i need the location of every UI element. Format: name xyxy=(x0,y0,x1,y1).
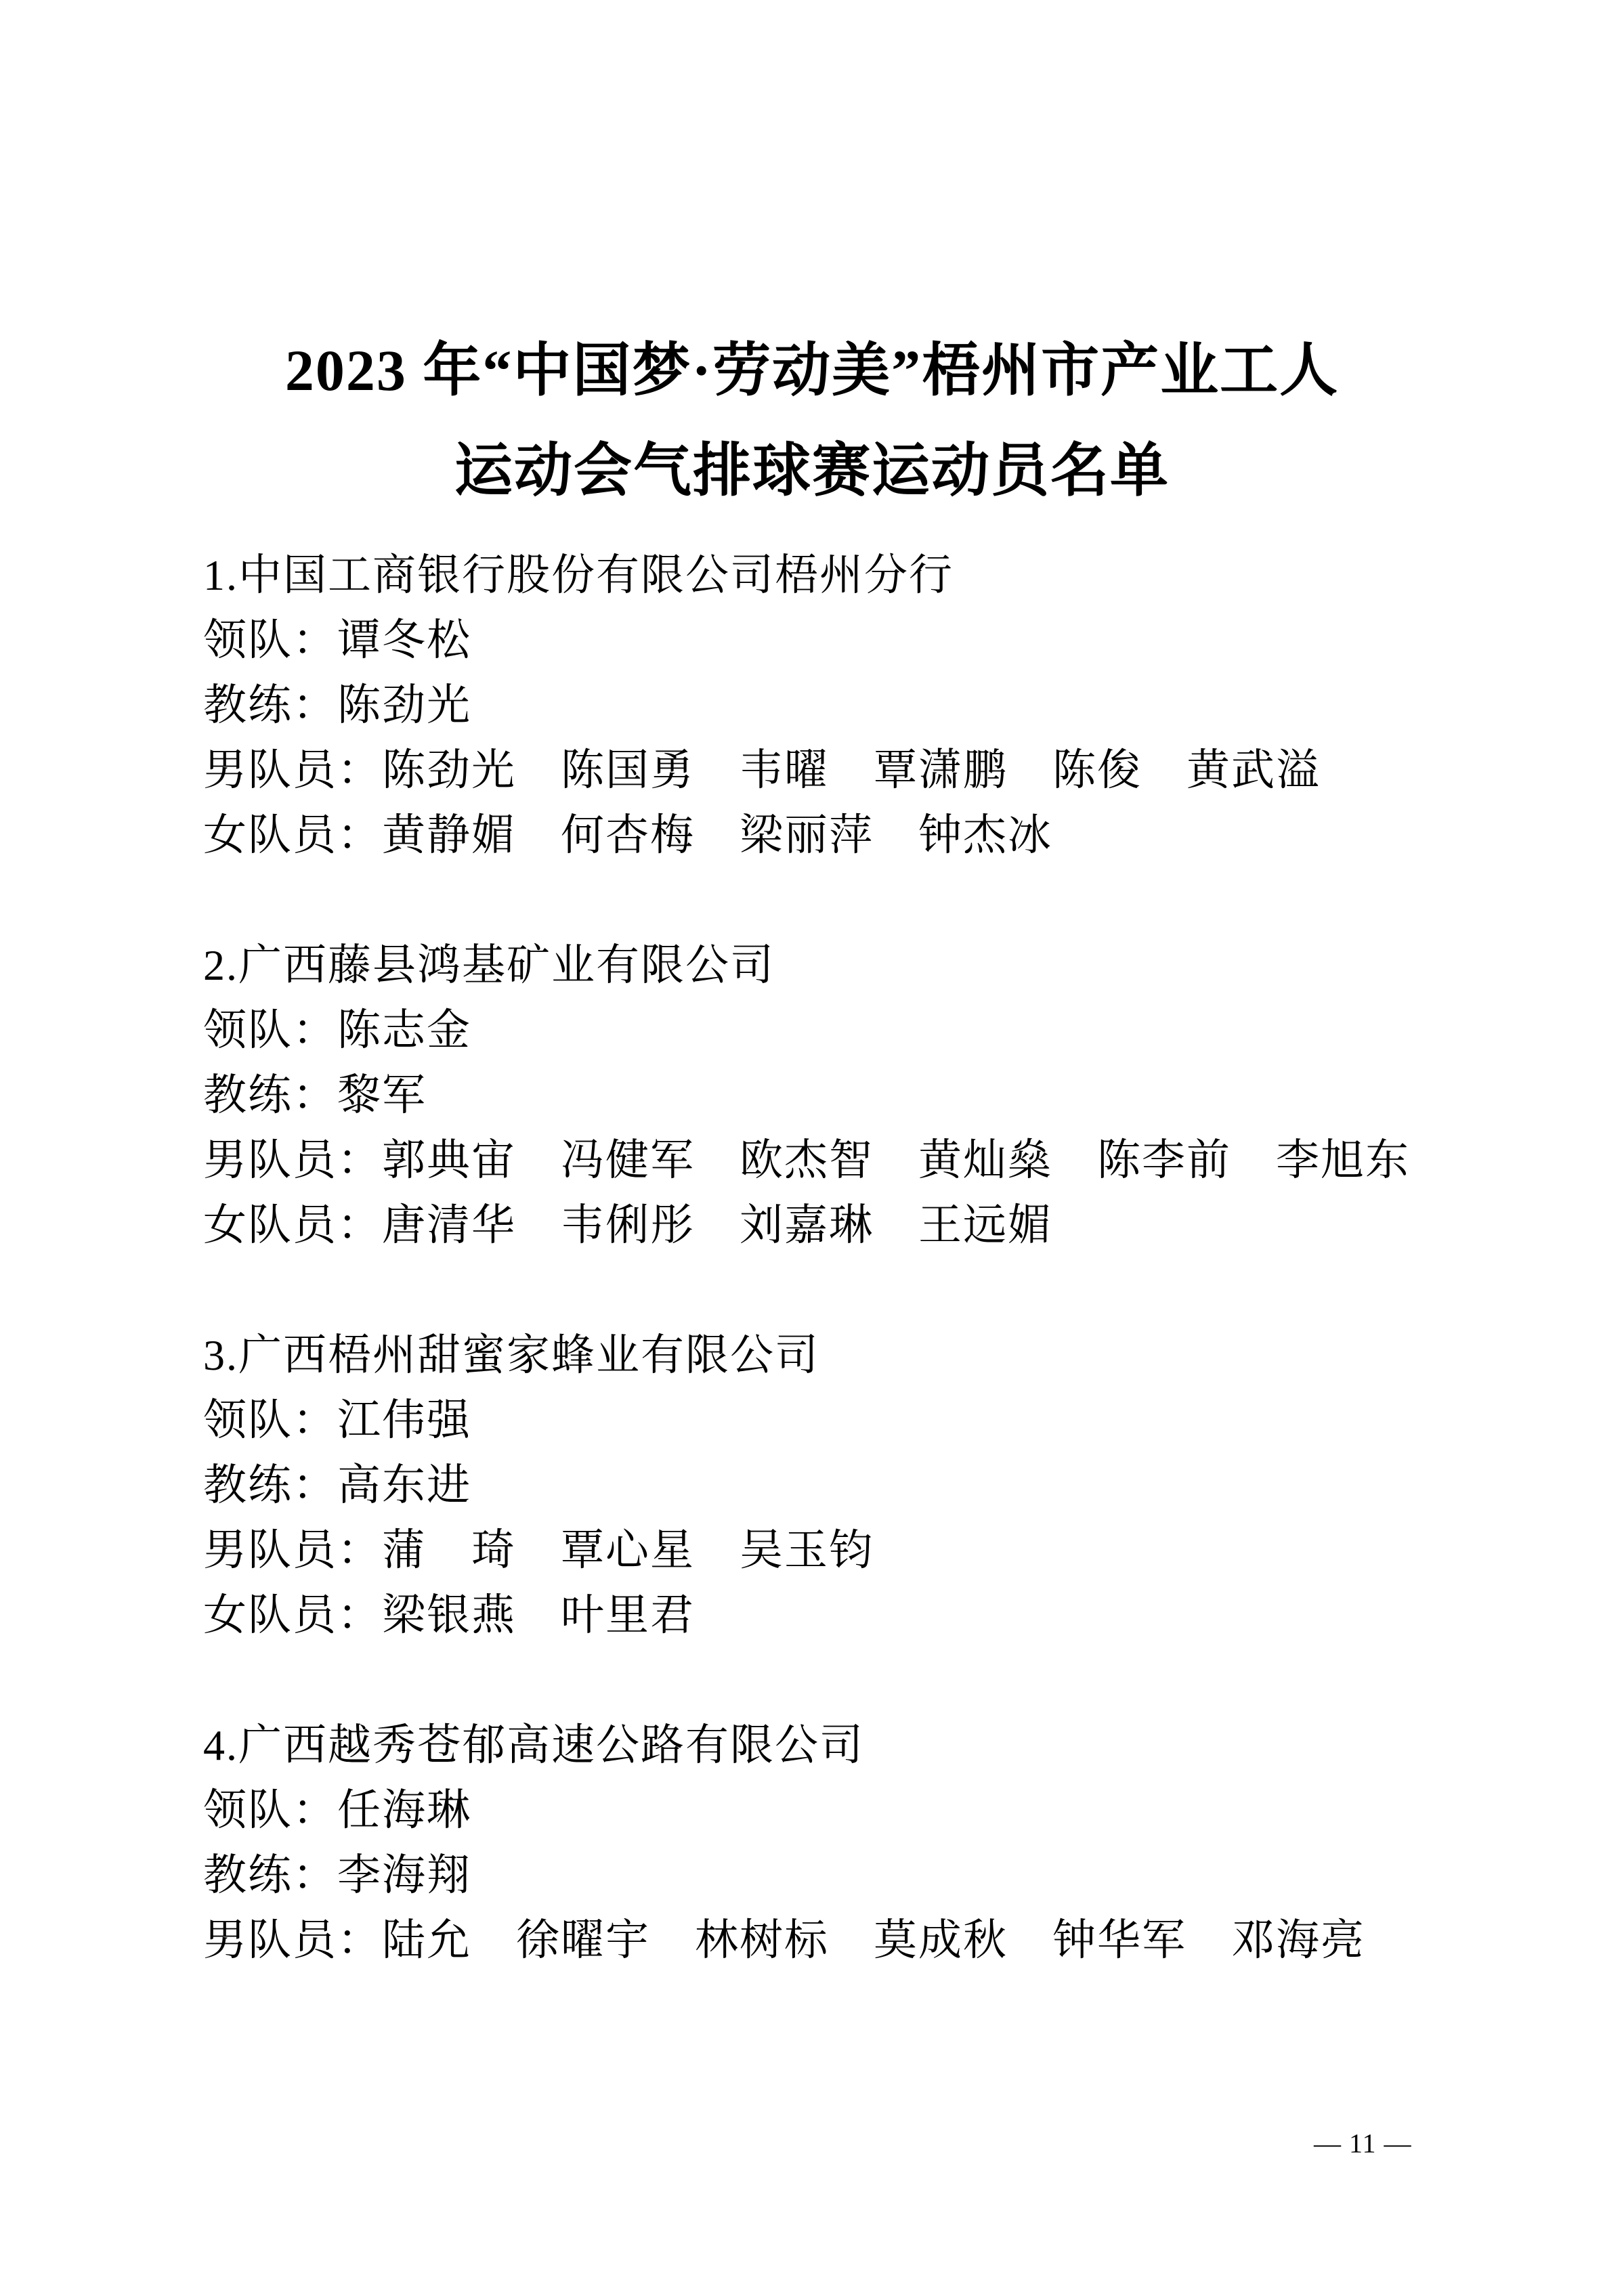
document-body: 1.中国工商银行股份有限公司梧州分行 领队：谭冬松 教练：陈劲光 男队员：陈劲光… xyxy=(203,543,1443,2038)
team-section-1: 1.中国工商银行股份有限公司梧州分行 领队：谭冬松 教练：陈劲光 男队员：陈劲光… xyxy=(203,543,1443,868)
coach-line: 教练：李海翔 xyxy=(203,1843,1443,1908)
women-players-line: 女队员：唐清华 韦俐彤 刘嘉琳 王远媚 xyxy=(203,1193,1443,1258)
team-heading: 1.中国工商银行股份有限公司梧州分行 xyxy=(203,543,1443,608)
page-number: — 11 — xyxy=(1314,2127,1412,2160)
men-players-line: 男队员：陆允 徐曜宇 林树标 莫成秋 钟华军 邓海亮 xyxy=(203,1908,1443,1973)
coach-line: 教练：陈劲光 xyxy=(203,673,1443,738)
men-players-line: 男队员：陈劲光 陈国勇 韦曜 覃潇鹏 陈俊 黄武溢 xyxy=(203,738,1443,803)
coach-line: 教练：高东进 xyxy=(203,1453,1443,1518)
document-title: 2023 年“中国梦·劳动美”梧州市产业工人 运动会气排球赛运动员名单 xyxy=(0,320,1624,521)
team-section-2: 2.广西藤县鸿基矿业有限公司 领队：陈志金 教练：黎军 男队员：郭典宙 冯健军 … xyxy=(203,933,1443,1258)
men-players-line: 男队员：蒲 琦 覃心星 吴玉钧 xyxy=(203,1518,1443,1583)
leader-line: 领队：陈志金 xyxy=(203,998,1443,1063)
team-section-4: 4.广西越秀苍郁高速公路有限公司 领队：任海琳 教练：李海翔 男队员：陆允 徐曜… xyxy=(203,1713,1443,1973)
team-heading: 2.广西藤县鸿基矿业有限公司 xyxy=(203,933,1443,998)
women-players-line: 女队员：梁银燕 叶里君 xyxy=(203,1583,1443,1648)
title-line-1: 2023 年“中国梦·劳动美”梧州市产业工人 xyxy=(0,320,1624,420)
women-players-line: 女队员：黄静媚 何杏梅 梁丽萍 钟杰冰 xyxy=(203,803,1443,868)
team-heading: 3.广西梧州甜蜜家蜂业有限公司 xyxy=(203,1323,1443,1388)
coach-line: 教练：黎军 xyxy=(203,1063,1443,1128)
team-section-3: 3.广西梧州甜蜜家蜂业有限公司 领队：江伟强 教练：高东进 男队员：蒲 琦 覃心… xyxy=(203,1323,1443,1648)
leader-line: 领队：谭冬松 xyxy=(203,608,1443,673)
title-line-2: 运动会气排球赛运动员名单 xyxy=(0,420,1624,521)
team-heading: 4.广西越秀苍郁高速公路有限公司 xyxy=(203,1713,1443,1778)
leader-line: 领队：江伟强 xyxy=(203,1388,1443,1453)
document-page: 2023 年“中国梦·劳动美”梧州市产业工人 运动会气排球赛运动员名单 1.中国… xyxy=(0,0,1624,2296)
leader-line: 领队：任海琳 xyxy=(203,1778,1443,1843)
men-players-line: 男队员：郭典宙 冯健军 欧杰智 黄灿燊 陈李前 李旭东 xyxy=(203,1128,1443,1193)
